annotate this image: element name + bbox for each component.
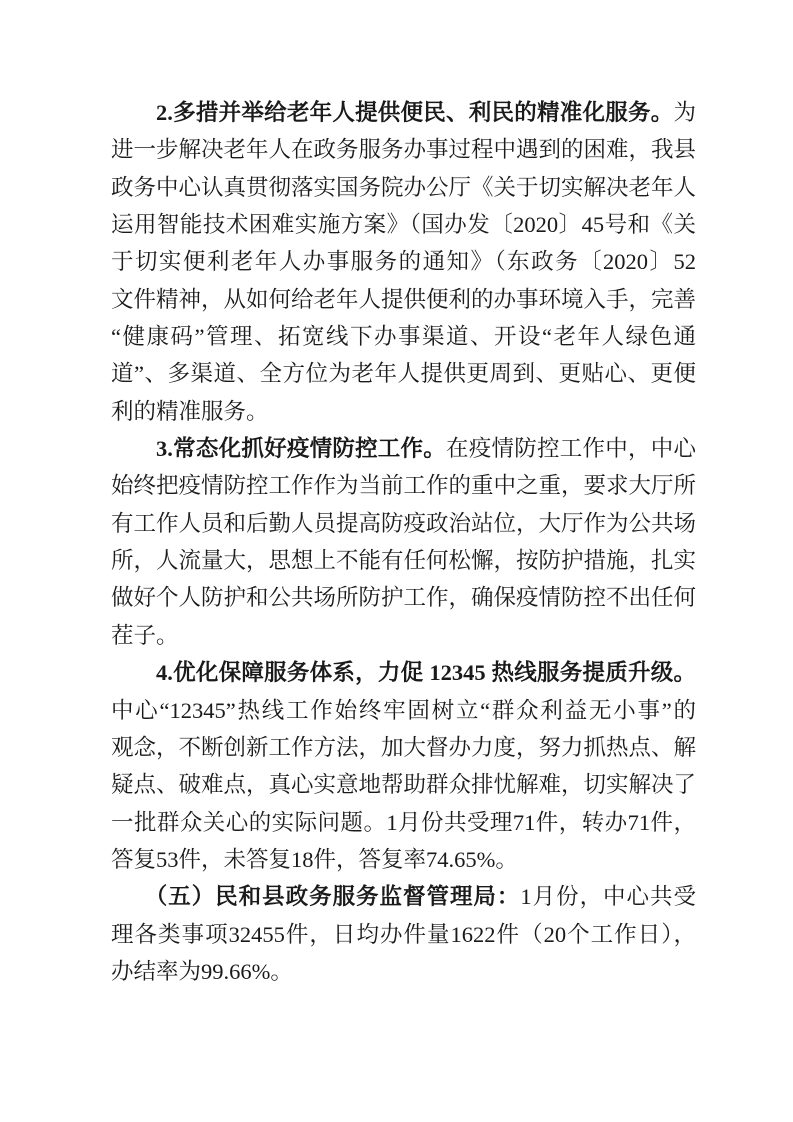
para-5-body-line: 理各类事项32455件，日均办件量1622件（20个工作日），	[111, 916, 696, 953]
text-run: 道”、多渠道、全方位为老年人提供更周到、更贴心、更便	[111, 361, 696, 386]
para-5-heading-line: （五）民和县政务服务监督管理局：1月份，中心共受	[111, 878, 696, 915]
text-run: 观念，不断创新工作方法，加大督办力度，努力抓热点、解	[111, 735, 696, 760]
text-run: 在疫情防控工作中，中心	[446, 436, 696, 461]
text-run: 中心“12345”热线工作始终牢固树立“群众利益无小事”的	[111, 698, 696, 723]
para-2-body-line: 政务中心认真贯彻落实国务院办公厅《关于切实解决老年人	[111, 169, 696, 206]
para-3-last-line: 茬子。	[111, 617, 696, 654]
text-run: 所，人流量大，思想上不能有任何松懈，按防护措施，扎实	[111, 548, 696, 573]
para-4-last-line: 答复53件，未答复18件，答复率74.65%。	[111, 841, 696, 878]
document-page: 2.多措并举给老年人提供便民、利民的精准化服务。为 进一步解决老年人在政务服务办…	[0, 0, 793, 1122]
text-run: 始终把疫情防控工作作为当前工作的重中之重，要求大厅所	[111, 473, 696, 498]
para-3-heading-line: 3.常态化抓好疫情防控工作。在疫情防控工作中，中心	[111, 430, 696, 467]
para-4-body-line: 一批群众关心的实际问题。1月份共受理71件，转办71件，	[111, 804, 696, 841]
text-run: 疑点、破难点，真心实意地帮助群众排忧解难，切实解决了	[111, 772, 696, 797]
para-2-body-line: 于切实便利老年人办事服务的通知》（东政务〔2020〕52号）	[111, 243, 696, 280]
text-run: 做好个人防护和公共场所防护工作，确保疫情防控不出任何	[111, 585, 696, 610]
para-2-body-line: 文件精神，从如何给老年人提供便利的办事环境入手，完善	[111, 281, 696, 318]
text-run: 理各类事项32455件，日均办件量1622件（20个工作日），	[111, 922, 696, 947]
para-3-body-line: 所，人流量大，思想上不能有任何松懈，按防护措施，扎实	[111, 542, 696, 579]
para-4-body-line: 观念，不断创新工作方法，加大督办力度，努力抓热点、解	[111, 729, 696, 766]
para-4-body-line: 疑点、破难点，真心实意地帮助群众排忧解难，切实解决了	[111, 766, 696, 803]
text-run: 文件精神，从如何给老年人提供便利的办事环境入手，完善	[111, 287, 696, 312]
text-block: 2.多措并举给老年人提供便民、利民的精准化服务。为 进一步解决老年人在政务服务办…	[111, 94, 696, 990]
heading-run: 2.多措并举给老年人提供便民、利民的精准化服务。	[156, 100, 673, 125]
para-4-heading-line: 4.优化保障服务体系，力促 12345 热线服务提质升级。	[111, 654, 696, 691]
text-run: 政务中心认真贯彻落实国务院办公厅《关于切实解决老年人	[111, 175, 696, 200]
heading-run: 3.常态化抓好疫情防控工作。	[156, 436, 446, 461]
text-run: 进一步解决老年人在政务服务办事过程中遇到的困难，我县	[111, 137, 696, 162]
para-2-heading-line: 2.多措并举给老年人提供便民、利民的精准化服务。为	[111, 94, 696, 131]
para-2-last-line: 利的精准服务。	[111, 393, 696, 430]
para-3-body-line: 始终把疫情防控工作作为当前工作的重中之重，要求大厅所	[111, 467, 696, 504]
text-run: 于切实便利老年人办事服务的通知》（东政务〔2020〕52号）	[111, 249, 696, 280]
para-2-body-line: 道”、多渠道、全方位为老年人提供更周到、更贴心、更便	[111, 355, 696, 392]
text-run: 为	[673, 100, 696, 125]
para-4-body-line: 中心“12345”热线工作始终牢固树立“群众利益无小事”的	[111, 692, 696, 729]
heading-run: 4.优化保障服务体系，力促 12345 热线服务提质升级。	[156, 660, 696, 685]
para-3-body-line: 做好个人防护和公共场所防护工作，确保疫情防控不出任何	[111, 579, 696, 616]
text-run: 答复53件，未答复18件，答复率74.65%。	[111, 847, 518, 872]
text-run: 利的精准服务。	[111, 399, 269, 424]
text-run: 运用智能技术困难实施方案》（国办发〔2020〕45号和《关	[111, 212, 696, 237]
text-run: 一批群众关心的实际问题。1月份共受理71件，转办71件，	[111, 810, 696, 835]
para-5-last-line: 办结率为99.66%。	[111, 953, 696, 990]
para-3-body-line: 有工作人员和后勤人员提高防疫政治站位，大厅作为公共场	[111, 505, 696, 542]
text-run: 茬子。	[111, 623, 179, 648]
text-run: 1月份，中心共受	[520, 884, 696, 909]
text-run: 办结率为99.66%。	[111, 959, 293, 984]
para-2-body-line: 进一步解决老年人在政务服务办事过程中遇到的困难，我县	[111, 131, 696, 168]
para-2-body-line: “健康码”管理、拓宽线下办事渠道、开设“老年人绿色通	[111, 318, 696, 355]
text-run: 有工作人员和后勤人员提高防疫政治站位，大厅作为公共场	[111, 511, 696, 536]
text-run: “健康码”管理、拓宽线下办事渠道、开设“老年人绿色通	[111, 324, 696, 349]
para-2-body-line: 运用智能技术困难实施方案》（国办发〔2020〕45号和《关	[111, 206, 696, 243]
heading-run: （五）民和县政务服务监督管理局：	[145, 884, 521, 909]
